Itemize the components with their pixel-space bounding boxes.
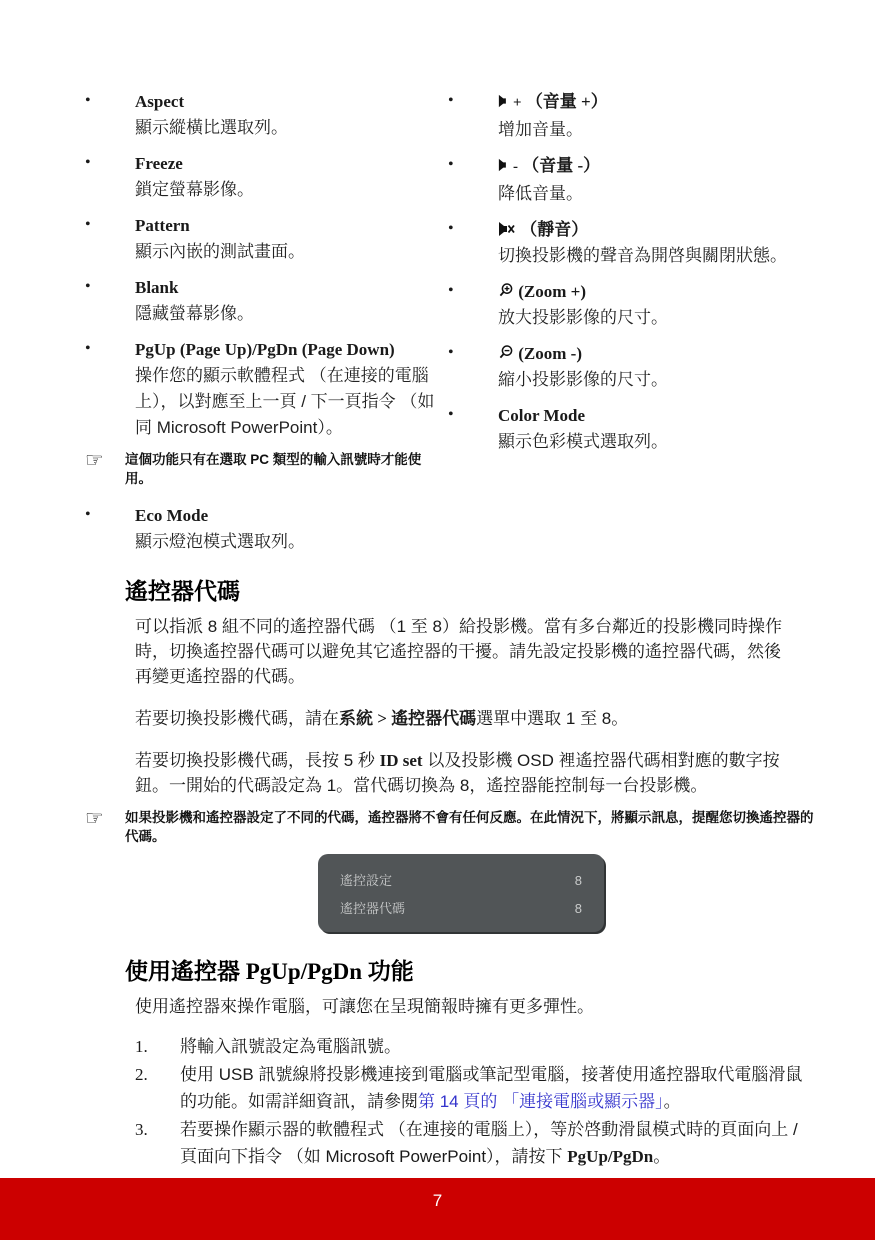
bullet-icon: • [85,336,135,441]
text-run: 。 [653,1147,670,1166]
osd-label: 遙控器代碼 [340,900,405,918]
text-run: 。 [664,1092,681,1111]
bullet-icon: • [448,216,498,269]
text-run: > [373,709,391,728]
bullet-icon: • [448,88,498,143]
bullet-icon: • [448,402,498,455]
volume-up-icon [498,93,512,109]
bullet-icon: • [85,150,135,203]
text-run: 若要操作顯示器的軟體程式 （在連接的電腦上），等於啓動滑鼠模式時的頁面向上 / … [180,1120,798,1166]
list-item: • Blank 隱藏螢幕影像。 [85,274,448,327]
text-run: 若要切換投影機代碼，請在 [135,709,339,728]
term-color-mode: Color Mode [498,402,860,429]
bold-menu-name: 系統 [339,709,373,728]
section-title: 使用遙控器 PgUp/PgDn 功能 [125,958,875,986]
paragraph: 若要切換投影機代碼，長按 5 秒 ID set 以及投影機 OSD 裡遙控器代碼… [135,748,797,798]
manual-page: • Aspect 顯示縱橫比選取列。 • Freeze 鎖定螢幕影像。 • Pa… [0,0,875,1240]
bullet-icon: • [85,502,135,555]
zoom-out-icon [498,345,513,361]
icon-suffix: - [513,159,518,175]
volume-down-icon [498,157,512,173]
term-description: 顯示縱橫比選取列。 [135,115,448,141]
list-item: • （靜音） 切換投影機的聲音為開啓與關閉狀態。 [448,216,860,269]
term-volume-up: （音量 +） [526,92,608,111]
note-callout: ☞ 這個功能只有在選取 PC 類型的輸入訊號時才能使用。 [85,450,448,488]
list-item: • (Zoom +) 放大投影影像的尺寸。 [448,278,860,331]
right-bullet-column: • + （音量 +） 增加音量。 • - （音量 -） 降低音量。 [448,88,860,564]
osd-row: 遙控設定 8 [318,867,604,895]
cross-reference-link[interactable]: 第 14 頁的 「連接電腦或顯示器」 [418,1092,664,1111]
list-item: • Aspect 顯示縱橫比選取列。 [85,88,448,141]
page-number: 7 [433,1191,442,1211]
term-freeze: Freeze [135,150,448,177]
step-item: 3. 若要操作顯示器的軟體程式 （在連接的電腦上），等於啓動滑鼠模式時的頁面向上… [135,1116,803,1170]
osd-label: 遙控設定 [340,872,392,890]
term-description: 縮小投影影像的尺寸。 [498,367,860,393]
term-description: 顯示燈泡模式選取列。 [135,529,448,555]
term-pgup-pgdn: PgUp (Page Up)/PgDn (Page Down) [135,336,448,363]
icon-suffix: + [513,95,522,111]
list-item: • Color Mode 顯示色彩模式選取列。 [448,402,860,455]
section-intro: 使用遙控器來操作電腦，可讓您在呈現簡報時擁有更多彈性。 [135,994,797,1019]
term-description: 降低音量。 [498,181,860,207]
text-run: 若要切換投影機代碼，長按 5 秒 [135,751,380,770]
osd-screenshot: 遙控設定 8 遙控器代碼 8 [318,854,604,932]
term-volume-down: （音量 -） [522,156,600,175]
section-pgup-pgdn: 使用遙控器 PgUp/PgDn 功能 使用遙控器來操作電腦，可讓您在呈現簡報時擁… [0,958,875,1170]
term-description: 切換投影機的聲音為開啓與關閉狀態。 [498,243,860,269]
manicule-icon: ☞ [85,450,125,488]
zoom-in-icon [498,283,513,299]
bullet-icon: • [448,152,498,207]
term-description: 顯示內嵌的測試畫面。 [135,239,448,265]
list-item: • Pattern 顯示內嵌的測試畫面。 [85,212,448,265]
term-mute: （靜音） [520,220,588,239]
osd-value: 8 [575,872,582,890]
numbered-steps: 1. 將輸入訊號設定為電腦訊號。 2. 使用 USB 訊號線將投影機連接到電腦或… [135,1033,803,1170]
step-number: 1. [135,1033,180,1060]
text-run: 將輸入訊號設定為電腦訊號。 [180,1037,401,1056]
text-run: 選單中選取 1 至 8。 [476,709,628,728]
list-item: • PgUp (Page Up)/PgDn (Page Down) 操作您的顯示… [85,336,448,441]
bullet-columns: • Aspect 顯示縱橫比選取列。 • Freeze 鎖定螢幕影像。 • Pa… [0,0,875,564]
paragraph: 可以指派 8 組不同的遙控器代碼 （1 至 8）給投影機。當有多台鄰近的投影機同… [135,614,797,689]
term-zoom-in: (Zoom +) [518,282,586,301]
term-blank: Blank [135,274,448,301]
bullet-icon: • [448,278,498,331]
note-text: 這個功能只有在選取 PC 類型的輸入訊號時才能使用。 [125,450,448,488]
note-text: 如果投影機和遙控器設定了不同的代碼，遙控器將不會有任何反應。在此情況下，將顯示訊… [125,808,825,846]
list-item: • Freeze 鎖定螢幕影像。 [85,150,448,203]
step-number: 3. [135,1116,180,1170]
manicule-icon: ☞ [85,808,125,846]
bullet-icon: • [85,88,135,141]
term-eco-mode: Eco Mode [135,502,448,529]
mute-icon [498,221,515,237]
osd-value: 8 [575,900,582,918]
bold-menu-name: 遙控器代碼 [391,709,476,728]
term-description: 隱藏螢幕影像。 [135,301,448,327]
bold-key-name: PgUp/PgDn [567,1147,653,1166]
footer-bar: 7 [0,1178,875,1240]
term-description: 顯示色彩模式選取列。 [498,429,860,455]
term-zoom-out: (Zoom -) [518,344,582,363]
list-item: • (Zoom -) 縮小投影影像的尺寸。 [448,340,860,393]
term-description: 放大投影影像的尺寸。 [498,305,860,331]
term-description: 鎖定螢幕影像。 [135,177,448,203]
left-bullet-column: • Aspect 顯示縱橫比選取列。 • Freeze 鎖定螢幕影像。 • Pa… [85,88,448,564]
section-remote-code: 遙控器代碼 可以指派 8 組不同的遙控器代碼 （1 至 8）給投影機。當有多台鄰… [0,578,875,932]
term-pattern: Pattern [135,212,448,239]
term-aspect: Aspect [135,88,448,115]
step-number: 2. [135,1061,180,1115]
term-description: 增加音量。 [498,117,860,143]
step-item: 2. 使用 USB 訊號線將投影機連接到電腦或筆記型電腦，接著使用遙控器取代電腦… [135,1061,803,1115]
bold-key-name: ID set [380,751,423,770]
paragraph: 若要切換投影機代碼，請在系統 > 遙控器代碼選單中選取 1 至 8。 [135,706,797,731]
term-description: 操作您的顯示軟體程式 （在連接的電腦上），以對應至上一頁 / 下一頁指令 （如同… [135,363,448,441]
note-callout: ☞ 如果投影機和遙控器設定了不同的代碼，遙控器將不會有任何反應。在此情況下，將顯… [85,808,875,846]
bullet-icon: • [85,274,135,327]
list-item: • Eco Mode 顯示燈泡模式選取列。 [85,502,448,555]
section-title: 遙控器代碼 [125,578,875,606]
osd-row: 遙控器代碼 8 [318,895,604,923]
list-item: • - （音量 -） 降低音量。 [448,152,860,207]
list-item: • + （音量 +） 增加音量。 [448,88,860,143]
bullet-icon: • [448,340,498,393]
step-item: 1. 將輸入訊號設定為電腦訊號。 [135,1033,803,1060]
bullet-icon: • [85,212,135,265]
